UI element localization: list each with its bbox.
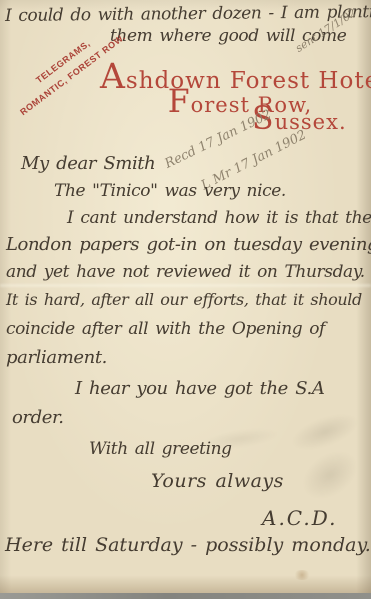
pencil-smudge-3 (199, 425, 281, 454)
annotation-line-1: I could do with another dozen - I am pla… (5, 2, 371, 26)
body-line-3: London papers got-in on tuesday evening (6, 234, 371, 255)
postscript-line: Here till Saturday - possibly monday. (5, 534, 371, 556)
body-line-1: The "Tinico" was very nice. (54, 181, 286, 201)
paper-crease (0, 284, 371, 287)
closing-valediction: Yours always (151, 470, 284, 492)
scan-edge (0, 593, 371, 599)
body-line-5: It is hard, after all our efforts, that … (6, 290, 362, 309)
paper-stain (293, 570, 311, 580)
body-line-7: parliament. (6, 347, 107, 368)
body-line-8: I hear you have got the S.A (75, 378, 324, 399)
body-line-4: and yet have not reviewed it on Thursday… (6, 262, 365, 282)
body-line-2: I cant understand how it is that the (67, 208, 371, 228)
signature-initials: A.C.D. (262, 506, 337, 530)
salutation: My dear Smith (21, 153, 155, 174)
pencil-smudge-1 (287, 407, 362, 457)
scanned-letter: I could do with another dozen - I am pla… (0, 0, 371, 599)
body-line-6: coincide after all with the Opening of (6, 319, 325, 339)
body-line-9: order. (12, 407, 64, 428)
letter-paper: I could do with another dozen - I am pla… (0, 0, 371, 593)
